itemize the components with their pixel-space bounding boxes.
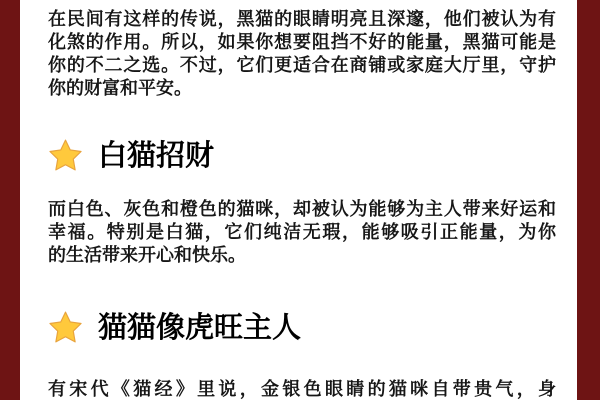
section-heading-tiger-cat: 猫猫像虎旺主人 xyxy=(48,310,556,345)
paragraph-line: 化煞的作用。所以，如果你想要阻挡不好的能量，黑猫可能是 xyxy=(48,31,556,54)
star-icon xyxy=(48,138,83,173)
section-title: 猫猫像虎旺主人 xyxy=(98,311,301,345)
article-page: 在民间有这样的传说，黑猫的眼睛明亮且深邃，他们被认为有 化煞的作用。所以，如果你… xyxy=(0,0,600,400)
paragraph-line: 你的财富和平安。 xyxy=(48,77,556,100)
paragraph-black-cat: 在民间有这样的传说，黑猫的眼睛明亮且深邃，他们被认为有 化煞的作用。所以，如果你… xyxy=(48,8,556,100)
section-heading-white-cat: 白猫招财 xyxy=(48,138,556,173)
left-border-stripe xyxy=(0,0,20,400)
paragraph-line: 你的不二之选。不过，它们更适合在商铺或家庭大厅里，守护 xyxy=(48,54,556,77)
right-border-stripe xyxy=(577,0,600,400)
paragraph-line: 的生活带来开心和快乐。 xyxy=(48,244,556,267)
paragraph-white-cat: 而白色、灰色和橙色的猫咪，却被认为能够为主人带来好运和 幸福。特别是白猫，它们纯… xyxy=(48,198,556,267)
paragraph-line: 有宋代《猫经》里说，金银色眼睛的猫咪自带贵气，身 xyxy=(48,378,556,400)
article-content: 在民间有这样的传说，黑猫的眼睛明亮且深邃，他们被认为有 化煞的作用。所以，如果你… xyxy=(20,0,577,400)
paragraph-line: 幸福。特别是白猫，它们纯洁无瑕，能够吸引正能量，为你 xyxy=(48,221,556,244)
paragraph-line: 在民间有这样的传说，黑猫的眼睛明亮且深邃，他们被认为有 xyxy=(48,8,556,31)
paragraph-cat-classic: 有宋代《猫经》里说，金银色眼睛的猫咪自带贵气，身 xyxy=(48,378,556,400)
star-icon xyxy=(48,310,83,345)
section-title: 白猫招财 xyxy=(98,139,214,173)
paragraph-line: 而白色、灰色和橙色的猫咪，却被认为能够为主人带来好运和 xyxy=(48,198,556,221)
